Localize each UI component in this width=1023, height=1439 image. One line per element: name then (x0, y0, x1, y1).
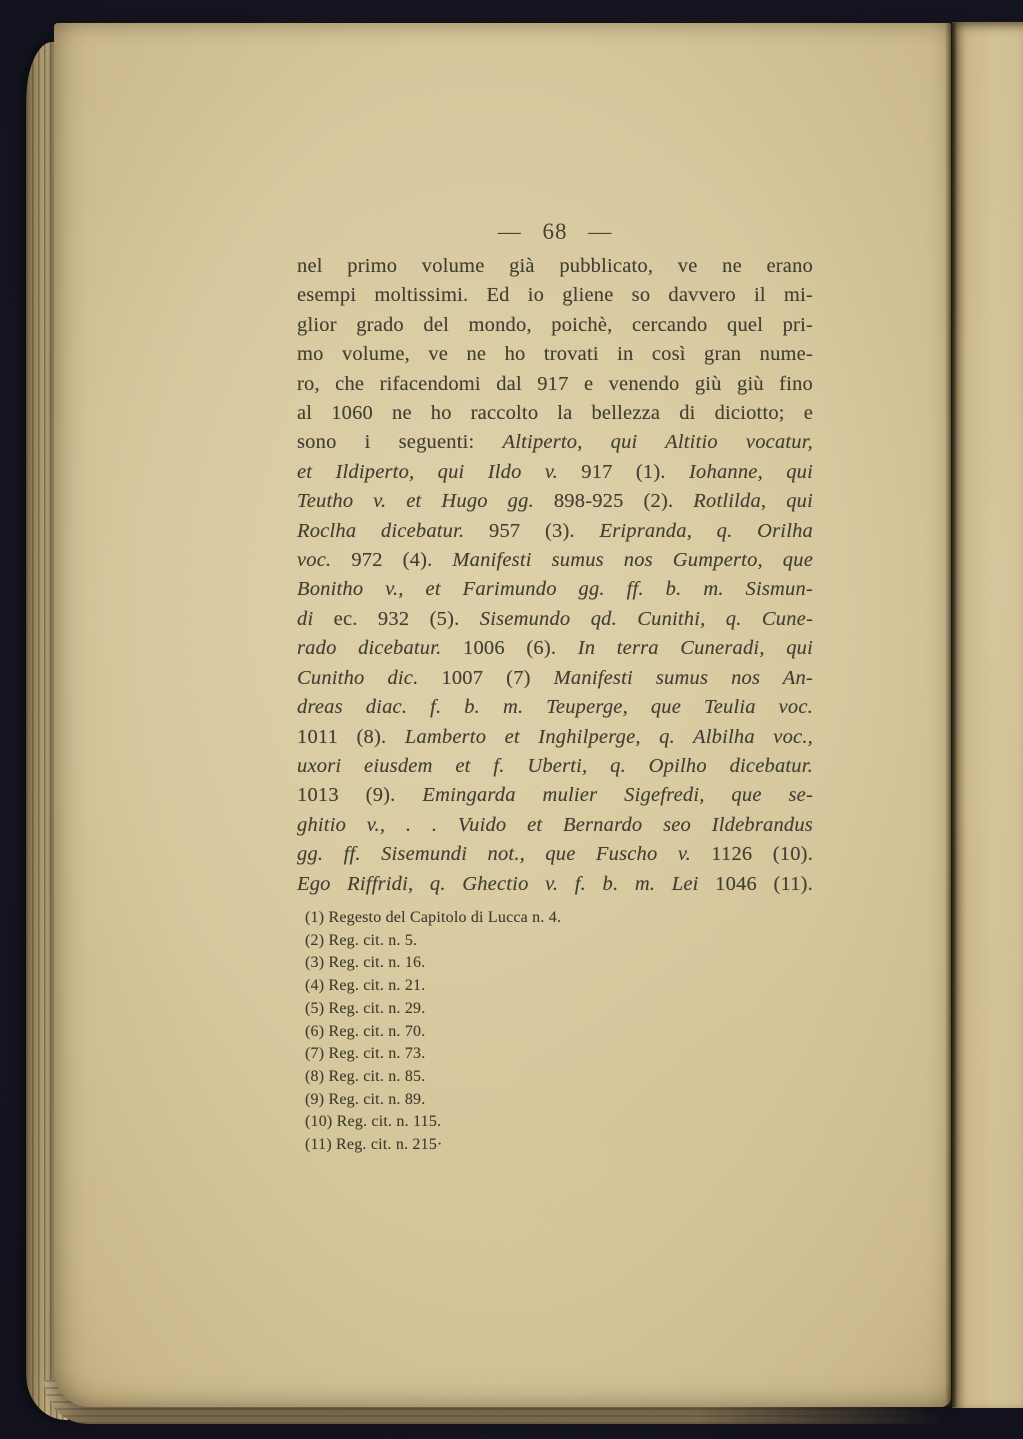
latin-quotation: uxori eiusdem et f. Uberti, q. Opilho di… (297, 755, 813, 777)
text-line: sono i seguenti: Altiperto, qui Altitio … (297, 428, 813, 457)
text-line: glior grado del mondo, poichè, cercando … (297, 311, 813, 340)
footnote-line: (7) Reg. cit. n. 73. (305, 1043, 825, 1066)
text-line: rado dicebatur. 1006 (6). In terra Cuner… (297, 634, 813, 663)
roman-text: 1013 (9). (297, 784, 422, 806)
text-line: uxori eiusdem et f. Uberti, q. Opilho di… (297, 752, 813, 781)
roman-text: al 1060 ne ho raccolto la bellezza di di… (297, 402, 813, 424)
roman-text: ec. 932 (5). (313, 608, 479, 630)
roman-text: 1046 (11). (699, 873, 813, 895)
text-line: ghitio v., . . Vuido et Bernardo seo Ild… (297, 811, 813, 840)
footnote-line: (11) Reg. cit. n. 215· (305, 1134, 825, 1157)
text-line: di ec. 932 (5). Sisemundo qd. Cunithi, q… (297, 605, 813, 634)
latin-quotation: voc. (297, 549, 331, 571)
latin-quotation: Roclha dicebatur. (297, 520, 464, 542)
text-line: esempi moltissimi. Ed io gliene so davve… (297, 281, 813, 310)
latin-quotation: Iohanne, qui (689, 461, 813, 483)
facing-page-edge (952, 22, 1023, 1408)
latin-quotation: Manifesti sumus nos Gumperto, que (452, 549, 813, 571)
page-number: — 68 — (297, 219, 813, 245)
footnotes: (1) Regesto del Capitolo di Lucca n. 4.(… (305, 907, 825, 1157)
text-line: gg. ff. Sisemundi not., que Fuscho v. 11… (297, 840, 813, 869)
latin-quotation: rado dicebatur. (297, 637, 441, 659)
text-line: Bonitho v., et Farimundo gg. ff. b. m. S… (297, 575, 813, 604)
latin-quotation: Ego Riffridi, q. Ghectio v. f. b. m. Lei (297, 873, 699, 895)
latin-quotation: dreas diac. f. b. m. Teuperge, que Teuli… (297, 696, 813, 718)
footnote-line: (3) Reg. cit. n. 16. (305, 952, 825, 975)
text-line: nel primo volume già pubblicato, ve ne e… (297, 252, 813, 281)
latin-quotation: Emingarda mulier Sigefredi, que se- (422, 784, 813, 806)
roman-text: 1007 (7) (418, 667, 553, 689)
roman-text: 957 (3). (464, 520, 599, 542)
latin-quotation: Eripranda, q. Orilha (599, 520, 813, 542)
latin-quotation: gg. ff. Sisemundi not., que Fuscho v. (297, 843, 691, 865)
latin-quotation: et Ildiperto, qui Ildo v. (297, 461, 558, 483)
latin-quotation: Rotlilda, qui (693, 490, 813, 512)
page-gutter-shadow (945, 23, 957, 1407)
roman-text: 1011 (8). (297, 726, 405, 748)
latin-quotation: Cunitho dic. (297, 667, 418, 689)
text-line: al 1060 ne ho raccolto la bellezza di di… (297, 399, 813, 428)
latin-quotation: Lamberto et Inghilperge, q. Albilha voc.… (405, 726, 813, 748)
text-line: dreas diac. f. b. m. Teuperge, que Teuli… (297, 693, 813, 722)
text-line: Cunitho dic. 1007 (7) Manifesti sumus no… (297, 664, 813, 693)
text-line: ro, che rifacendomi dal 917 e venendo gi… (297, 370, 813, 399)
text-line: Ego Riffridi, q. Ghectio v. f. b. m. Lei… (297, 870, 813, 899)
footnote-line: (6) Reg. cit. n. 70. (305, 1021, 825, 1044)
roman-text: sono i seguenti: (297, 431, 503, 453)
text-line: Teutho v. et Hugo gg. 898-925 (2). Rotli… (297, 487, 813, 516)
text-line: et Ildiperto, qui Ildo v. 917 (1). Iohan… (297, 458, 813, 487)
book-scan-photo: — 68 — nel primo volume già pubblicato, … (0, 0, 1023, 1439)
book-page: — 68 — nel primo volume già pubblicato, … (54, 23, 951, 1407)
latin-quotation: Sisemundo qd. Cunithi, q. Cune- (480, 608, 813, 630)
footnote-line: (9) Reg. cit. n. 89. (305, 1089, 825, 1112)
text-line: 1011 (8). Lamberto et Inghilperge, q. Al… (297, 723, 813, 752)
footnote-line: (1) Regesto del Capitolo di Lucca n. 4. (305, 907, 825, 930)
latin-quotation: Teutho v. et Hugo gg. (297, 490, 534, 512)
latin-quotation: di (297, 608, 313, 630)
latin-quotation: Manifesti sumus nos An- (554, 667, 813, 689)
body-text: nel primo volume già pubblicato, ve ne e… (297, 252, 813, 899)
latin-quotation: Bonitho v., et Farimundo gg. ff. b. m. S… (297, 578, 813, 600)
roman-text: 1006 (6). (441, 637, 577, 659)
roman-text: 917 (1). (558, 461, 689, 483)
roman-text: 1126 (10). (691, 843, 813, 865)
text-line: mo volume, ve ne ho trovati in così gran… (297, 340, 813, 369)
roman-text: esempi moltissimi. Ed io gliene so davve… (297, 284, 813, 306)
footnote-line: (10) Reg. cit. n. 115. (305, 1111, 825, 1134)
latin-quotation: Altiperto, qui Altitio vocatur, (503, 431, 813, 453)
roman-text: ro, che rifacendomi dal 917 e venendo gi… (297, 373, 813, 395)
latin-quotation: In terra Cuneradi, qui (578, 637, 813, 659)
footnote-line: (8) Reg. cit. n. 85. (305, 1066, 825, 1089)
roman-text: mo volume, ve ne ho trovati in così gran… (297, 343, 813, 365)
roman-text: 972 (4). (331, 549, 452, 571)
footnote-line: (2) Reg. cit. n. 5. (305, 930, 825, 953)
text-line: 1013 (9). Emingarda mulier Sigefredi, qu… (297, 781, 813, 810)
roman-text: glior grado del mondo, poichè, cercando … (297, 314, 813, 336)
text-line: Roclha dicebatur. 957 (3). Eripranda, q.… (297, 517, 813, 546)
roman-text: 898-925 (2). (534, 490, 693, 512)
footnote-line: (5) Reg. cit. n. 29. (305, 998, 825, 1021)
roman-text: nel primo volume già pubblicato, ve ne e… (297, 255, 813, 277)
text-line: voc. 972 (4). Manifesti sumus nos Gumper… (297, 546, 813, 575)
latin-quotation: ghitio v., . . Vuido et Bernardo seo Ild… (297, 814, 813, 836)
footnote-line: (4) Reg. cit. n. 21. (305, 975, 825, 998)
